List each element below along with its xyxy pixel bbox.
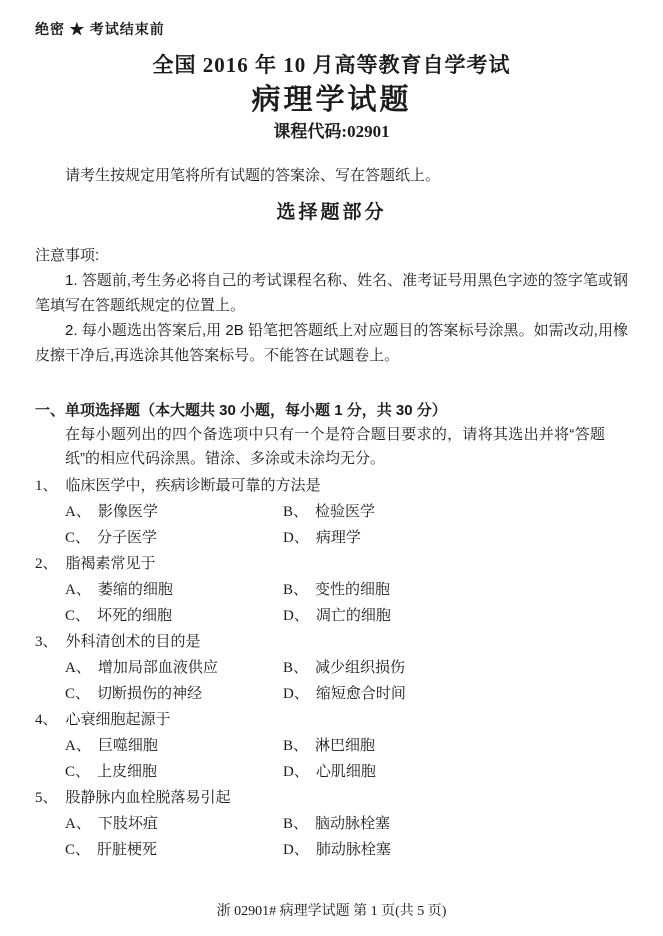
option-text: 淋巴细胞 — [315, 738, 375, 754]
option-text: 坏死的细胞 — [97, 608, 172, 624]
option-label: A、 — [65, 582, 91, 598]
question-stem: 外科清创术的目的是 — [66, 634, 201, 650]
option-text: 增加局部血液供应 — [98, 660, 218, 676]
option-label: C、 — [65, 842, 90, 858]
option-text: 变性的细胞 — [315, 582, 390, 598]
question-5: 5、股静脉内血栓脱落易引起 A、下肢坏疽 B、脑动脉栓塞 C、肝脏梗死 D、肺动… — [35, 785, 628, 863]
question-number: 5、 — [35, 790, 58, 806]
question-list: 1、临床医学中，疾病诊断最可靠的方法是 A、影像医学 B、检验医学 C、分子医学… — [35, 473, 628, 863]
option-a: A、下肢坏疽 — [65, 811, 283, 837]
option-a: A、巨噬细胞 — [65, 733, 283, 759]
option-text: 缩短愈合时间 — [316, 686, 406, 702]
option-text: 肺动脉栓塞 — [316, 842, 391, 858]
question-number: 3、 — [35, 634, 58, 650]
notice-block: 注意事项: 1. 答题前,考生务必将自己的考试课程名称、姓名、准考证号用黑色字迹… — [35, 243, 628, 368]
option-text: 上皮细胞 — [97, 764, 157, 780]
option-b: B、减少组织损伤 — [283, 655, 628, 681]
section-one: 一、单项选择题（本大题共 30 小题，每小题 1 分，共 30 分） 在每小题列… — [35, 398, 628, 471]
option-d: D、肺动脉栓塞 — [283, 837, 628, 863]
classification-banner: 绝密 ★ 考试结束前 — [35, 20, 628, 39]
option-c: C、坏死的细胞 — [65, 603, 283, 629]
question-text: 5、股静脉内血栓脱落易引起 — [35, 785, 628, 811]
option-label: C、 — [65, 608, 90, 624]
question-1: 1、临床医学中，疾病诊断最可靠的方法是 A、影像医学 B、检验医学 C、分子医学… — [35, 473, 628, 551]
option-label: A、 — [65, 738, 91, 754]
question-4: 4、心衰细胞起源于 A、巨噬细胞 B、淋巴细胞 C、上皮细胞 D、心肌细胞 — [35, 707, 628, 785]
option-label: C、 — [65, 764, 90, 780]
option-group: A、增加局部血液供应 B、减少组织损伤 C、切断损伤的神经 D、缩短愈合时间 — [35, 655, 628, 707]
option-text: 影像医学 — [98, 504, 158, 520]
option-label: B、 — [283, 582, 308, 598]
option-label: A、 — [65, 660, 91, 676]
option-text: 心肌细胞 — [316, 764, 376, 780]
question-3: 3、外科清创术的目的是 A、增加局部血液供应 B、减少组织损伤 C、切断损伤的神… — [35, 629, 628, 707]
option-text: 分子医学 — [97, 530, 157, 546]
option-label: C、 — [65, 686, 90, 702]
option-group: A、巨噬细胞 B、淋巴细胞 C、上皮细胞 D、心肌细胞 — [35, 733, 628, 785]
question-text: 1、临床医学中，疾病诊断最可靠的方法是 — [35, 473, 628, 499]
question-number: 4、 — [35, 712, 58, 728]
page-footer: 浙 02901# 病理学试题 第 1 页(共 5 页) — [0, 902, 663, 921]
question-stem: 脂褐素常见于 — [66, 556, 156, 572]
question-text: 2、脂褐素常见于 — [35, 551, 628, 577]
notice-item-2: 2. 每小题选出答案后,用 2B 铅笔把答题纸上对应题目的答案标号涂黑。如需改动… — [35, 318, 628, 368]
option-c: C、切断损伤的神经 — [65, 681, 283, 707]
option-d: D、病理学 — [283, 525, 628, 551]
section-one-heading: 一、单项选择题（本大题共 30 小题，每小题 1 分，共 30 分） — [35, 398, 628, 423]
notice-item-1: 1. 答题前,考生务必将自己的考试课程名称、姓名、准考证号用黑色字迹的签字笔或钢… — [35, 268, 628, 318]
option-text: 下肢坏疽 — [98, 816, 158, 832]
course-code: 课程代码:02901 — [35, 120, 628, 144]
section-one-instruction: 在每小题列出的四个备选项中只有一个是符合题目要求的，请将其选出并将“答题纸”的相… — [35, 423, 605, 471]
option-label: B、 — [283, 738, 308, 754]
option-text: 切断损伤的神经 — [97, 686, 202, 702]
option-b: B、脑动脉栓塞 — [283, 811, 628, 837]
answer-sheet-instruction: 请考生按规定用笔将所有试题的答案涂、写在答题纸上。 — [35, 165, 628, 187]
option-text: 脑动脉栓塞 — [315, 816, 390, 832]
option-a: A、萎缩的细胞 — [65, 577, 283, 603]
question-stem: 心衰细胞起源于 — [66, 712, 171, 728]
option-group: A、萎缩的细胞 B、变性的细胞 C、坏死的细胞 D、凋亡的细胞 — [35, 577, 628, 629]
option-a: A、增加局部血液供应 — [65, 655, 283, 681]
notice-title: 注意事项: — [35, 243, 628, 268]
option-text: 肝脏梗死 — [97, 842, 157, 858]
option-text: 病理学 — [316, 530, 361, 546]
option-text: 减少组织损伤 — [315, 660, 405, 676]
option-b: B、变性的细胞 — [283, 577, 628, 603]
exam-paper-page: 绝密 ★ 考试结束前 全国 2016 年 10 月高等教育自学考试 病理学试题 … — [0, 0, 663, 936]
option-label: D、 — [283, 530, 309, 546]
option-label: C、 — [65, 530, 90, 546]
option-text: 巨噬细胞 — [98, 738, 158, 754]
option-b: B、淋巴细胞 — [283, 733, 628, 759]
option-d: D、凋亡的细胞 — [283, 603, 628, 629]
exam-title: 全国 2016 年 10 月高等教育自学考试 — [35, 52, 628, 79]
question-text: 3、外科清创术的目的是 — [35, 629, 628, 655]
option-label: D、 — [283, 608, 309, 624]
question-stem: 股静脉内血栓脱落易引起 — [66, 790, 231, 806]
option-label: A、 — [65, 816, 91, 832]
question-2: 2、脂褐素常见于 A、萎缩的细胞 B、变性的细胞 C、坏死的细胞 D、凋亡的细胞 — [35, 551, 628, 629]
question-number: 1、 — [35, 478, 58, 494]
option-label: A、 — [65, 504, 91, 520]
option-text: 萎缩的细胞 — [98, 582, 173, 598]
option-text: 检验医学 — [315, 504, 375, 520]
option-group: A、影像医学 B、检验医学 C、分子医学 D、病理学 — [35, 499, 628, 551]
option-a: A、影像医学 — [65, 499, 283, 525]
option-label: D、 — [283, 686, 309, 702]
question-stem: 临床医学中，疾病诊断最可靠的方法是 — [66, 478, 321, 494]
option-c: C、分子医学 — [65, 525, 283, 551]
option-label: B、 — [283, 504, 308, 520]
option-c: C、肝脏梗死 — [65, 837, 283, 863]
option-label: B、 — [283, 660, 308, 676]
paper-title: 病理学试题 — [35, 82, 628, 118]
option-label: B、 — [283, 816, 308, 832]
option-c: C、上皮细胞 — [65, 759, 283, 785]
option-label: D、 — [283, 842, 309, 858]
option-d: D、心肌细胞 — [283, 759, 628, 785]
option-d: D、缩短愈合时间 — [283, 681, 628, 707]
question-number: 2、 — [35, 556, 58, 572]
option-label: D、 — [283, 764, 309, 780]
option-group: A、下肢坏疽 B、脑动脉栓塞 C、肝脏梗死 D、肺动脉栓塞 — [35, 811, 628, 863]
section-part-heading: 选择题部分 — [35, 200, 628, 226]
question-text: 4、心衰细胞起源于 — [35, 707, 628, 733]
option-text: 凋亡的细胞 — [316, 608, 391, 624]
option-b: B、检验医学 — [283, 499, 628, 525]
